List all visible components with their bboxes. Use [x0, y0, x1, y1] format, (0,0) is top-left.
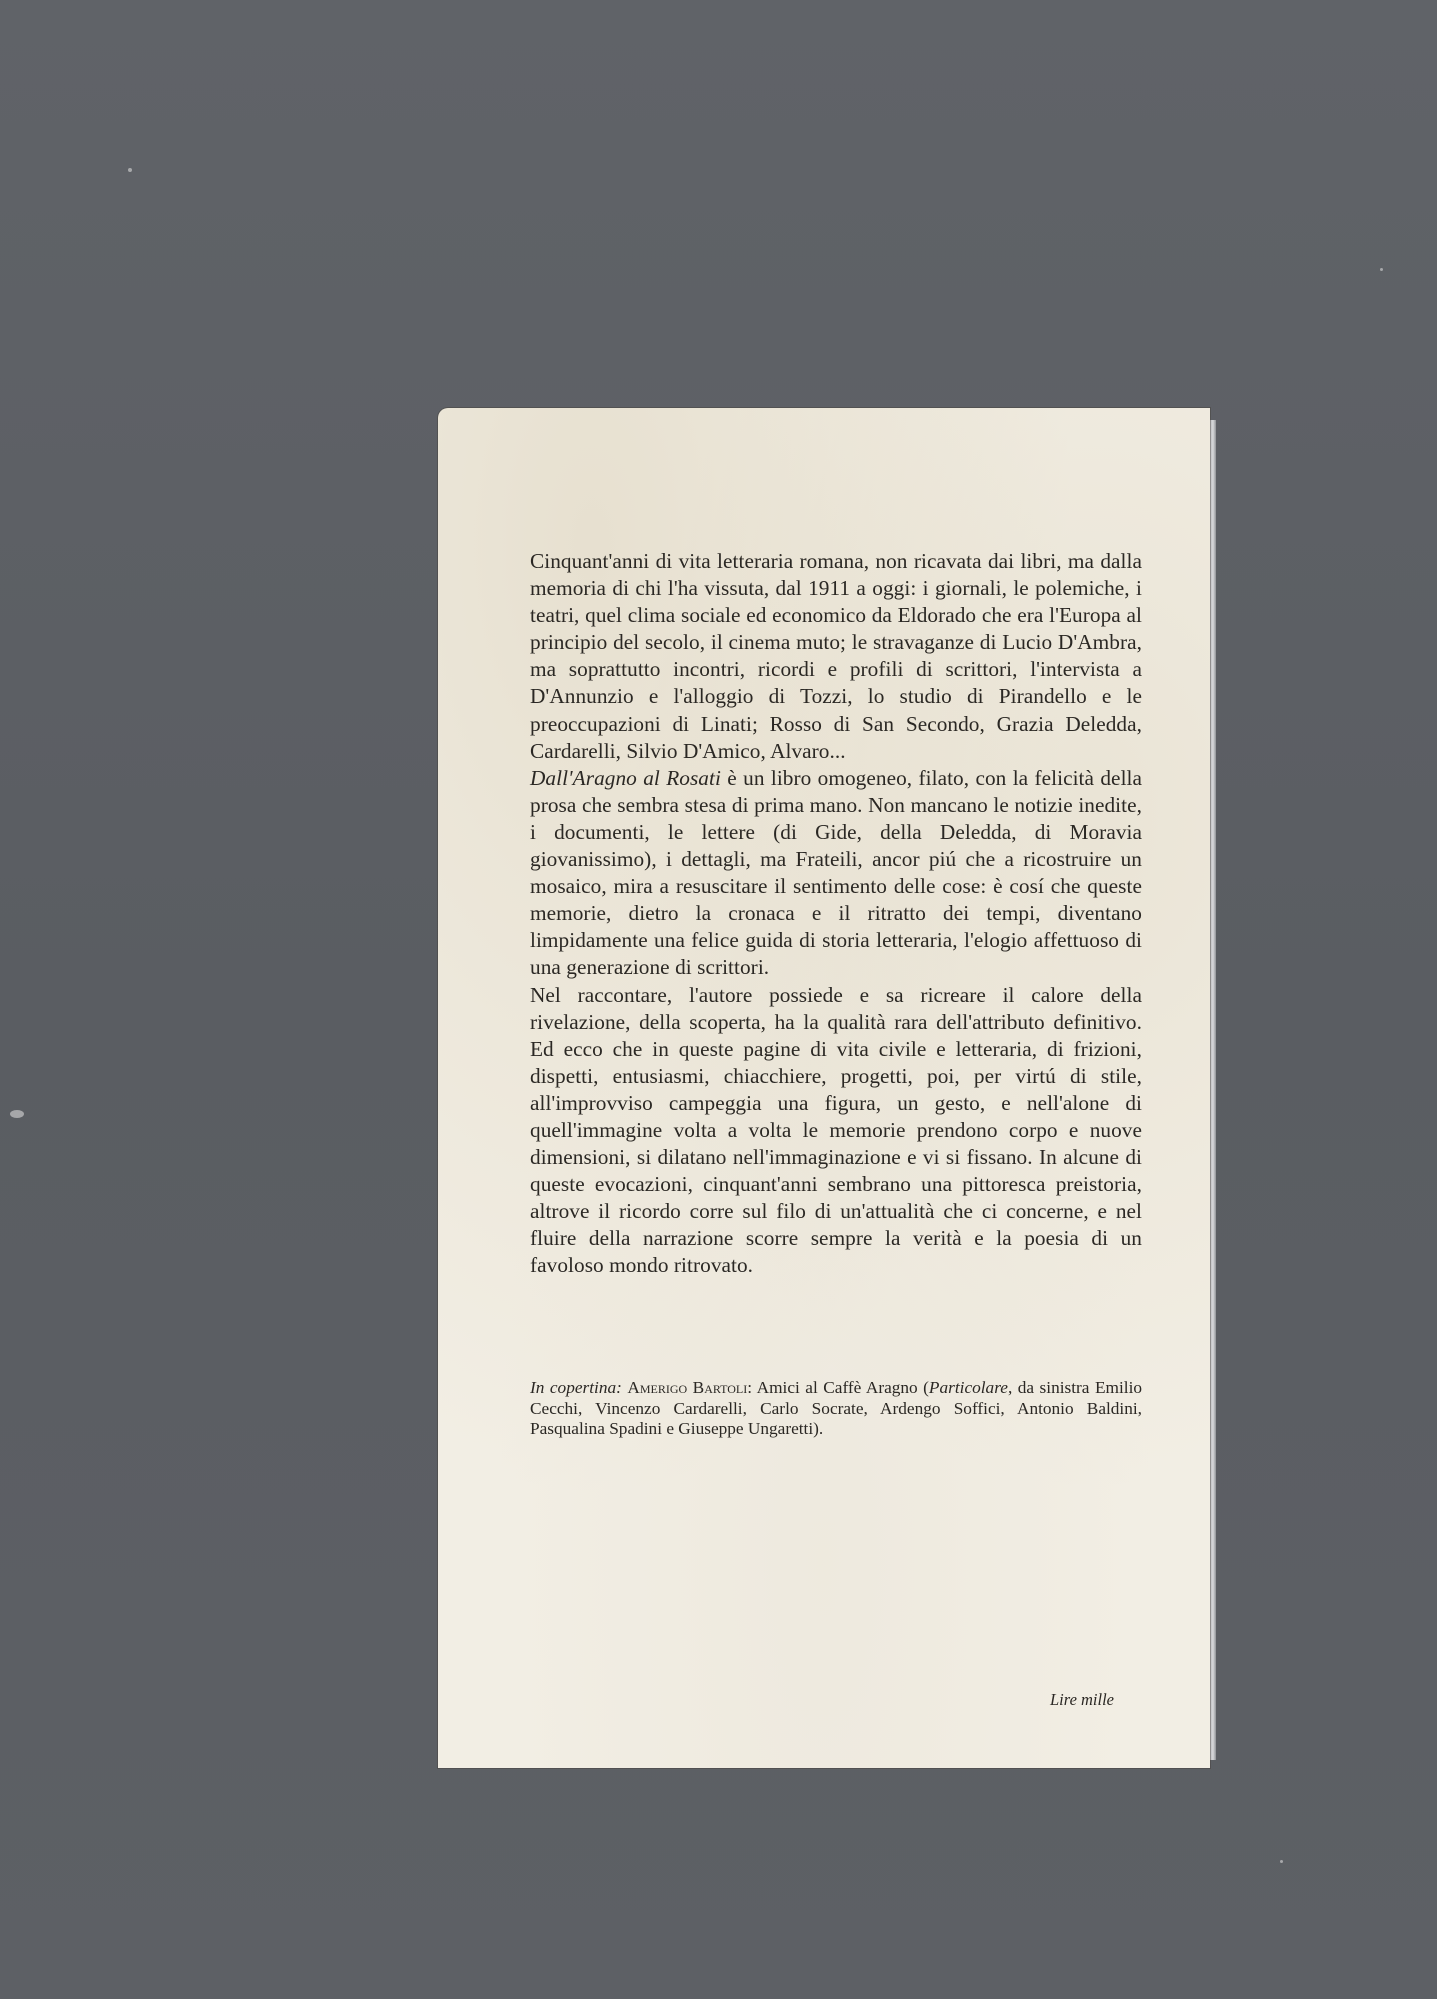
price-label: Lire mille: [1050, 1690, 1114, 1710]
dust-speck: [1380, 268, 1383, 271]
blurb-paragraph-3: Nel raccontare, l'autore possiede e sa r…: [530, 982, 1142, 1280]
caption-label: In copertina:: [530, 1378, 622, 1397]
dust-speck: [128, 168, 132, 172]
cover-caption: In copertina: Amerigo Bartoli: Amici al …: [530, 1378, 1142, 1440]
book-back-cover: Cinquant'anni di vita letteraria romana,…: [438, 408, 1210, 1768]
dust-speck: [1280, 1860, 1283, 1863]
caption-detail: Particolare: [929, 1378, 1008, 1397]
blurb-paragraph-1: Cinquant'anni di vita letteraria romana,…: [530, 548, 1142, 765]
caption-work: : Amici al Caffè Aragno (: [747, 1378, 929, 1397]
blurb-text: Cinquant'anni di vita letteraria romana,…: [530, 548, 1142, 1280]
plastic-sleeve-edge: [1210, 420, 1216, 1760]
book-title: Dall'Aragno al Rosati: [530, 766, 721, 790]
blurb-paragraph-2: Dall'Aragno al Rosati è un libro omogene…: [530, 765, 1142, 982]
caption-artist: Amerigo Bartoli: [627, 1378, 747, 1397]
dust-speck: [10, 1110, 24, 1118]
